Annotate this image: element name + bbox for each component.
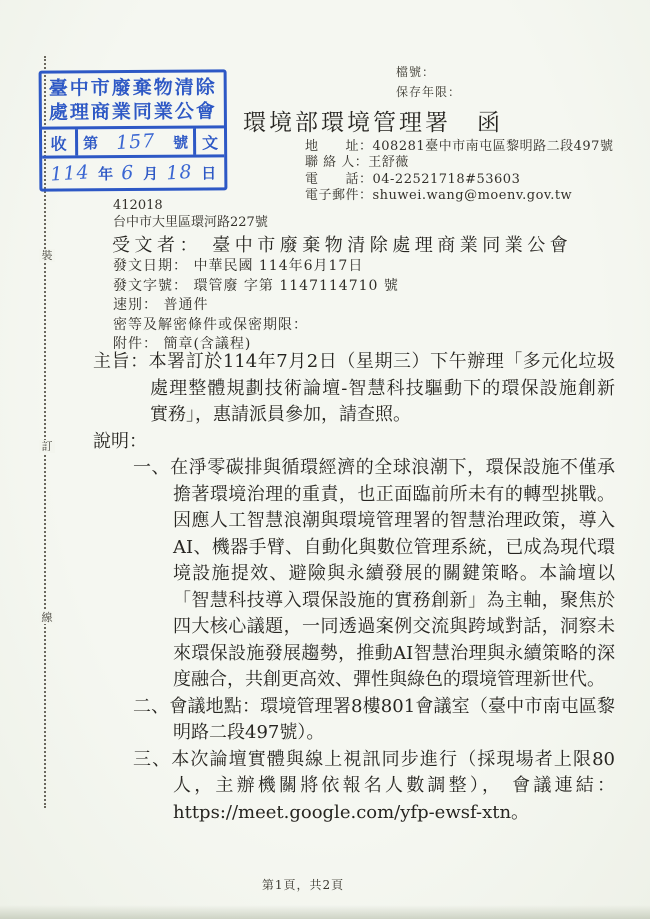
recipient-zip: 412018	[113, 197, 268, 214]
receipt-stamp: 臺中市廢棄物清除 處理商業同業公會 收 第 157 號 文 114 年 6 月 …	[39, 69, 228, 191]
stamp-number-suffix: 號	[173, 131, 188, 152]
priority-line: 速別： 普通件	[113, 296, 399, 316]
text-line: 擔著環境治理的重責，也正面臨前所未有的轉型挑戰。	[133, 482, 615, 509]
stamp-date-cell: 114 年 6 月 18 日	[42, 157, 224, 188]
stamp-day-label: 日	[201, 162, 216, 183]
scanned-letter-page: 裝 訂 線 臺中市廢棄物清除 處理商業同業公會 收 第 157 號 文 114 …	[0, 0, 650, 919]
stamp-year-label: 年	[98, 163, 113, 184]
recipient-line: 受文者： 臺中市廢棄物清除處理商業同業公會	[112, 231, 572, 257]
stamp-number-handwritten: 157	[115, 130, 156, 154]
text-line: AI、機器手臂、自動化與數位管理系統，已成為現代環	[133, 535, 615, 562]
stamp-month-label: 月	[143, 162, 158, 183]
explanation-item-3: 三、本次論壇實體與線上視訊同步進行（採現場者上限80人，主辦機關將依報名人數調整…	[133, 747, 615, 827]
letter-body: 主旨：本署訂於114年7月2日（星期三）下午辦理「多元化垃圾處理整體規劃技術論壇…	[93, 349, 615, 826]
stamp-day-handwritten: 18	[166, 161, 193, 185]
recipient-address-block: 412018 台中市大里區環河路227號	[113, 197, 268, 231]
text-line: 境設施提效、避險與永續發展的關鍵策略。本論壇以	[133, 561, 615, 588]
issue-number-line: 發文字號： 環管廢 字第 1147114710 號	[113, 277, 399, 297]
issue-date-line: 發文日期： 中華民國 114年6月17日	[113, 257, 399, 277]
letter-title: 環境部環境管理署 函	[243, 104, 503, 137]
security-line: 密等及解密條件或保密期限：	[113, 316, 399, 336]
scan-bottom-shadow	[0, 905, 650, 919]
text-line: 一、在淨零碳排與循環經濟的全球浪潮下，環保設施不僅承	[133, 455, 615, 482]
agency-contact-block: 地 址：408281臺中市南屯區黎明路二段497號 聯 絡 人：王舒薇 電 話：…	[305, 139, 613, 205]
file-number-block: 檔號： 保存年限：	[396, 62, 461, 102]
document-meta-block: 發文日期： 中華民國 114年6月17日 發文字號： 環管廢 字第 114711…	[113, 257, 399, 355]
contact-email-line: 電子郵件：shuwei.wang@moenv.gov.tw	[305, 188, 613, 204]
stamp-document-number-row: 收 第 157 號 文	[42, 125, 224, 155]
stamp-date-row: 114 年 6 月 18 日	[42, 154, 224, 188]
explanation-item-1: 一、在淨零碳排與循環經濟的全球浪潮下，環保設施不僅承擔著環境治理的重責，也正面臨…	[133, 455, 615, 694]
stamp-doc-label: 文	[193, 128, 224, 154]
stamp-org-line1: 臺中市廢棄物清除	[44, 75, 222, 100]
text-line: https://meet.google.com/yfp-ewsf-xtn。	[133, 800, 615, 827]
stamp-number-prefix: 第	[83, 132, 98, 153]
text-line: 二、會議地點：環境管理署8樓801會議室（臺中市南屯區黎	[133, 694, 615, 721]
recipient-street: 台中市大里區環河路227號	[113, 214, 268, 231]
stamp-year-handwritten: 114	[50, 161, 91, 185]
contact-person-line: 聯 絡 人：王舒薇	[305, 155, 613, 171]
explanation-items: 一、在淨零碳排與循環經濟的全球浪潮下，環保設施不僅承擔著環境治理的重責，也正面臨…	[133, 455, 615, 826]
stamp-month-handwritten: 6	[121, 162, 135, 185]
explanation-item-2: 二、會議地點：環境管理署8樓801會議室（臺中市南屯區黎明路二段497號）。	[133, 694, 615, 747]
text-line: 四大核心議題，一同透過案例交流與跨域對話，洞察未	[133, 614, 615, 641]
stamp-number-cell: 第 157 號	[78, 129, 193, 156]
contact-address-line: 地 址：408281臺中市南屯區黎明路二段497號	[305, 139, 613, 155]
stamp-receive-label: 收	[42, 129, 78, 155]
subject-paragraph: 主旨：本署訂於114年7月2日（星期三）下午辦理「多元化垃圾處理整體規劃技術論壇…	[93, 349, 615, 429]
text-line: 人，主辦機關將依報名人數調整）， 會議連結：	[133, 773, 615, 800]
file-number-label: 檔號：	[396, 62, 461, 82]
binding-mark-zhuang: 裝	[39, 249, 55, 262]
binding-mark-ding: 訂	[39, 440, 55, 453]
page-number-footer: 第1頁，共2頁	[0, 876, 606, 893]
contact-phone-line: 電 話：04-22521718#53603	[305, 172, 613, 188]
stamp-org-name: 臺中市廢棄物清除 處理商業同業公會	[42, 72, 224, 126]
text-line: 因應人工智慧浪潮與環境管理署的智慧治理政策，導入	[133, 508, 615, 535]
text-line: 來環保設施發展趨勢，推動AI智慧治理與永續策略的深	[133, 641, 615, 668]
stamp-org-line2: 處理商業同業公會	[44, 99, 222, 124]
text-line: 處理整體規劃技術論壇-智慧科技驅動下的環保設施創新	[93, 376, 615, 403]
retention-period-label: 保存年限：	[396, 82, 461, 102]
text-line: 三、本次論壇實體與線上視訊同步進行（採現場者上限80	[133, 747, 615, 774]
binding-mark-xian: 線	[39, 611, 55, 624]
text-line: 「智慧科技導入環保設施的實務創新」為主軸，聚焦於	[133, 588, 615, 615]
text-line: 度融合，共創更高效、彈性與綠色的環境管理新世代。	[133, 667, 615, 694]
text-line: 實務」，惠請派員參加，請查照。	[93, 402, 615, 429]
text-line: 明路二段497號）。	[133, 720, 615, 747]
explanation-heading: 說明：	[93, 429, 615, 456]
text-line: 主旨：本署訂於114年7月2日（星期三）下午辦理「多元化垃圾	[93, 349, 615, 376]
